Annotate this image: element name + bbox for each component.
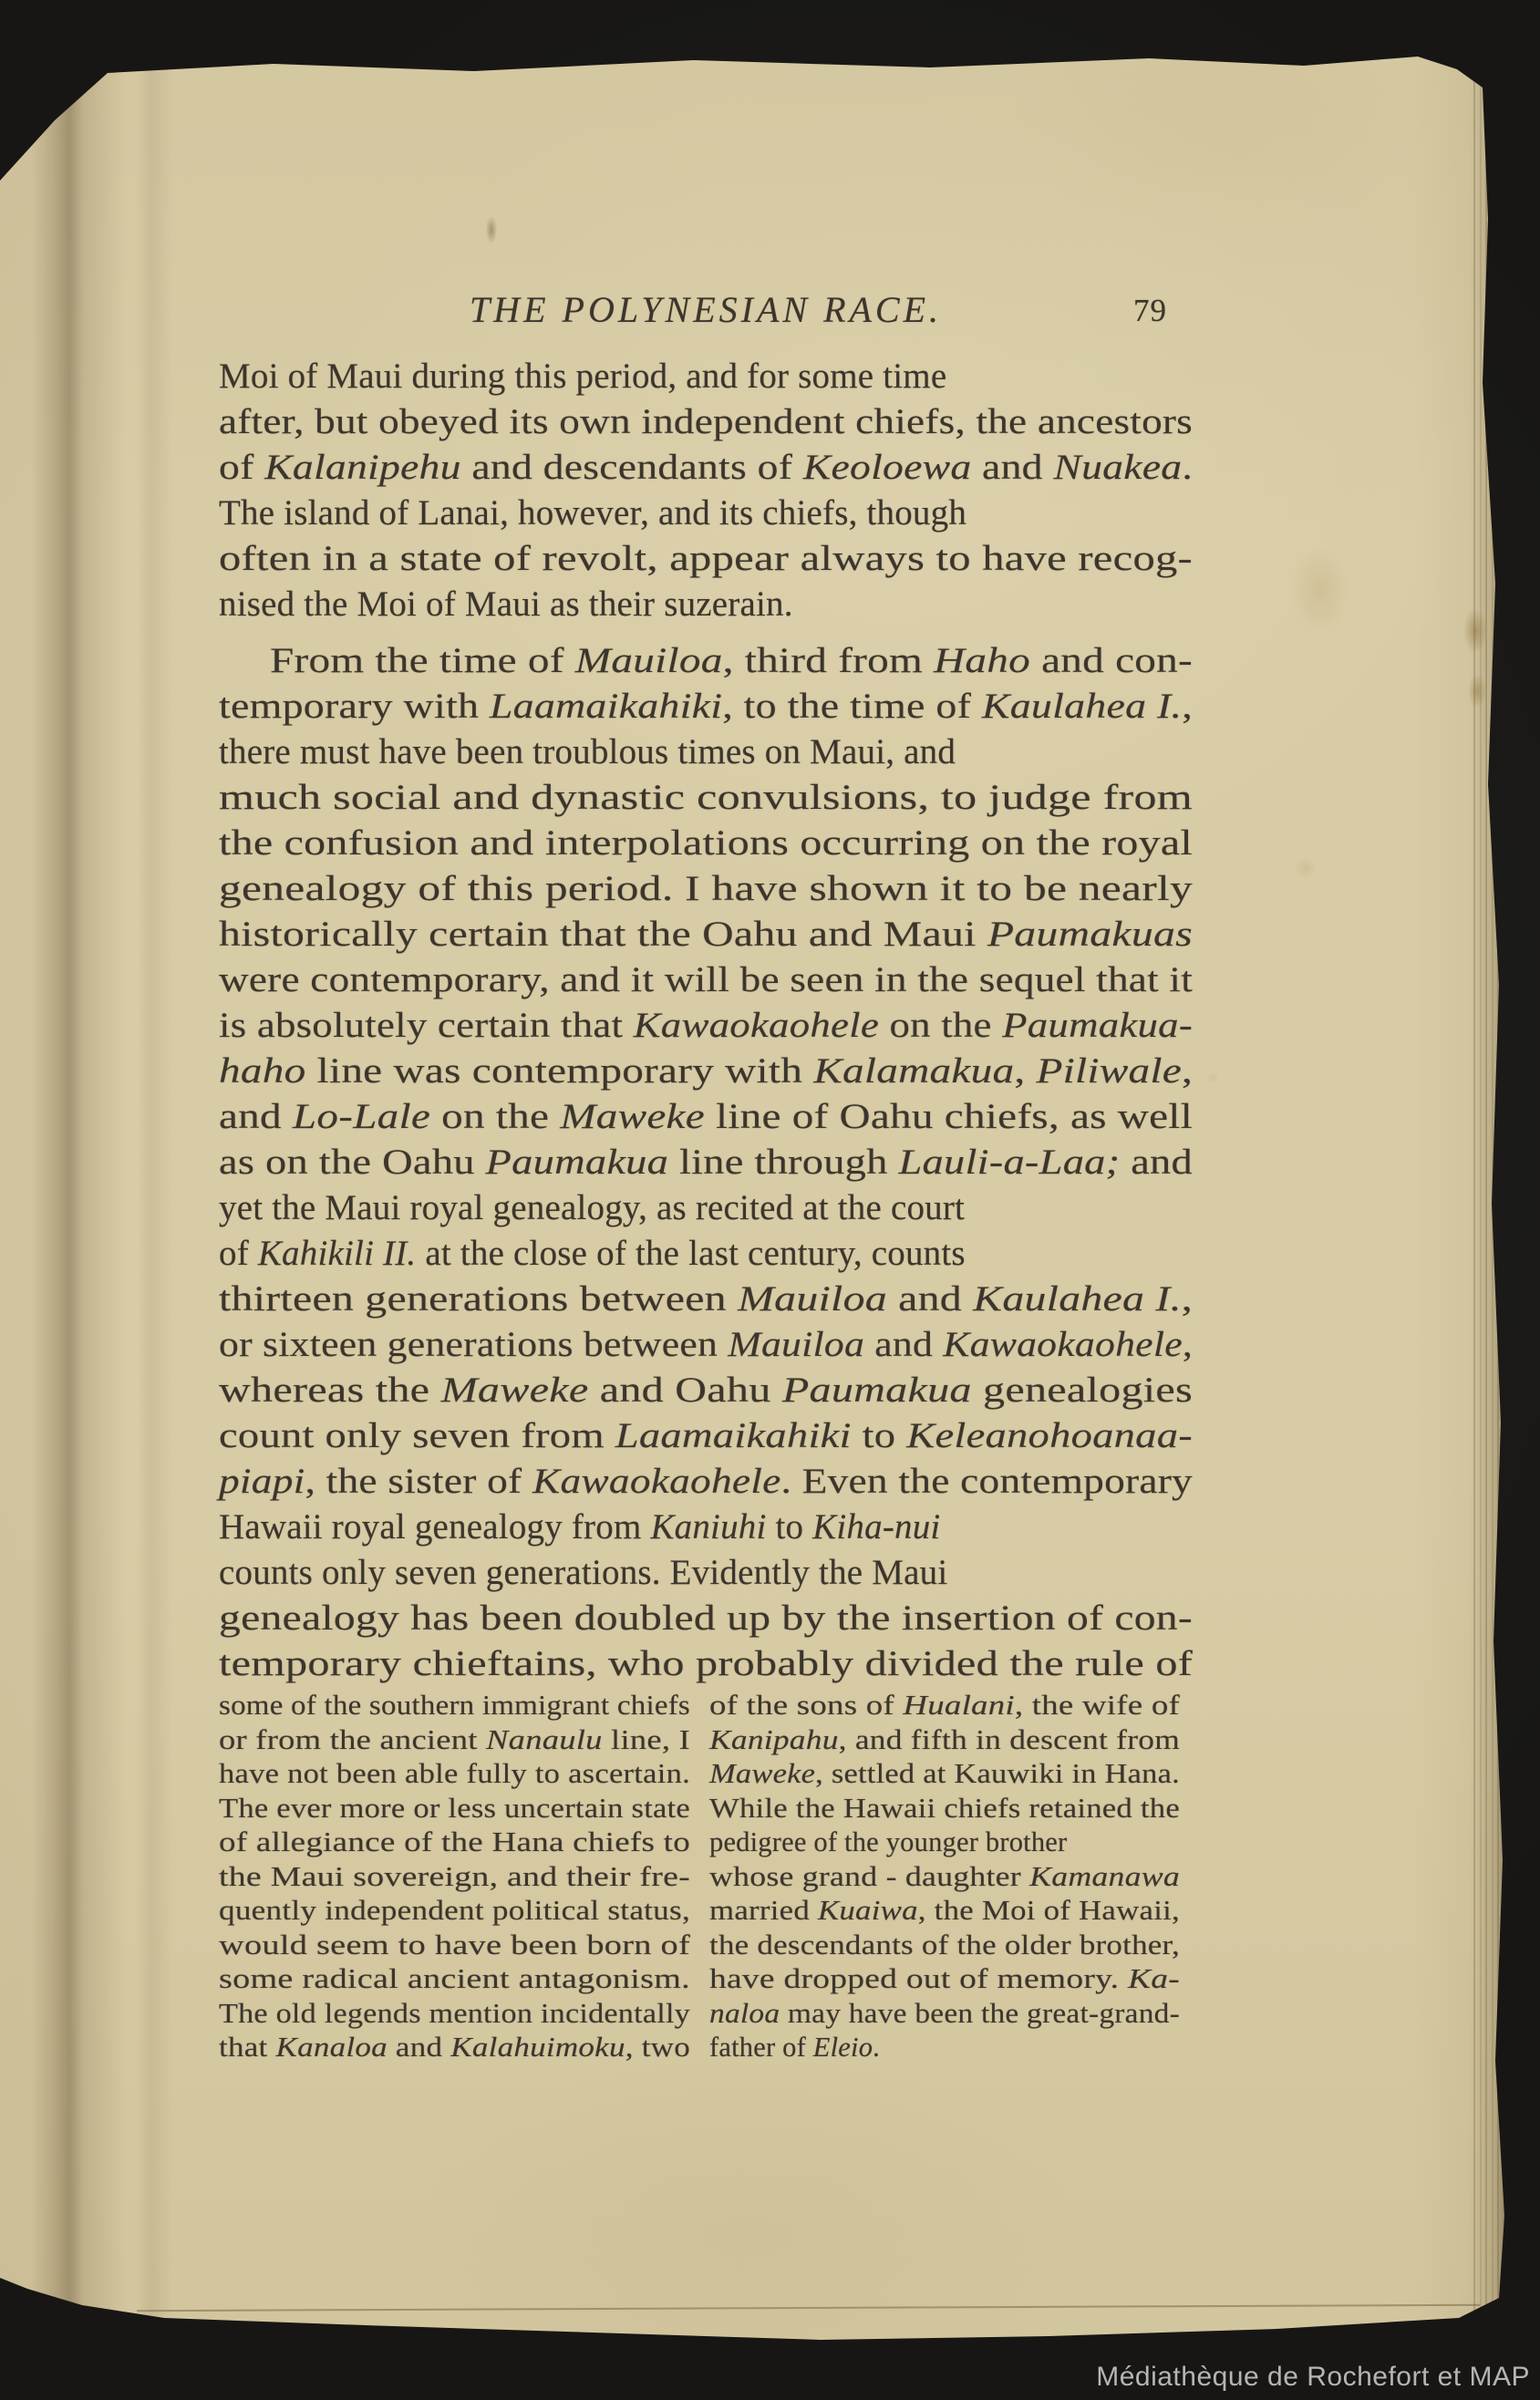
text-line: quently independent political status, xyxy=(219,1894,690,1929)
text-line: whereas the Maweke and Oahu Paumakua gen… xyxy=(219,1368,1193,1413)
text-line: that Kanaloa and Kalahuimoku, two xyxy=(219,2031,690,2065)
text-line: naloa may have been the great-grand- xyxy=(709,1997,1180,2032)
text-line: whose grand - daughter Kamanawa xyxy=(709,1860,1180,1895)
text-line: The ever more or less uncertain state xyxy=(219,1792,690,1826)
text-line: of Kahikili II. at the close of the last… xyxy=(219,1231,1193,1277)
text-line: thirteen generations between Mauiloa and… xyxy=(219,1277,1193,1322)
text-line: counts only seven generations. Evidently… xyxy=(219,1550,1193,1596)
paragraph-1: Moi of Maui during this period, and for … xyxy=(219,354,1193,627)
gutter-shadow xyxy=(0,0,201,2400)
text-line: as on the Oahu Paumakua line through Lau… xyxy=(219,1140,1193,1185)
bottom-page-edge-line xyxy=(137,2304,1480,2312)
footnote-left-column: some of the southern immigrant chiefsor … xyxy=(219,1689,690,2065)
text-line: of allegiance of the Hana chiefs to xyxy=(219,1826,690,1860)
text-line: often in a state of revolt, appear alway… xyxy=(219,536,1193,582)
running-title: THE POLYNESIAN RACE. xyxy=(219,288,1193,331)
page-edge-stack xyxy=(1470,69,1506,2329)
text-line: The island of Lanai, however, and its ch… xyxy=(219,491,1193,536)
text-line: genealogy has been doubled up by the ins… xyxy=(219,1596,1193,1641)
text-line: much social and dynastic convulsions, to… xyxy=(219,775,1193,821)
text-line: of Kalanipehu and descendants of Keoloew… xyxy=(219,445,1193,491)
text-line: the Maui sovereign, and their fre- xyxy=(219,1860,690,1895)
footnotes: some of the southern immigrant chiefsor … xyxy=(219,1689,1193,2065)
text-line: have dropped out of memory. Ka- xyxy=(709,1962,1180,1997)
text-line: pedigree of the younger brother xyxy=(709,1826,1180,1860)
text-line: married Kuaiwa, the Moi of Hawaii, xyxy=(709,1894,1180,1929)
footnote-right-column: of the sons of Hualani, the wife ofKanip… xyxy=(709,1689,1180,2065)
text-line: genealogy of this period. I have shown i… xyxy=(219,866,1193,912)
scanned-book-photo: THE POLYNESIAN RACE. 79 Moi of Maui duri… xyxy=(0,0,1540,2400)
book-page: THE POLYNESIAN RACE. 79 Moi of Maui duri… xyxy=(0,0,1540,2400)
text-line: count only seven from Laamaikahiki to Ke… xyxy=(219,1413,1193,1459)
text-line: some radical ancient antagonism. xyxy=(219,1962,690,1997)
text-line: some of the southern immigrant chiefs xyxy=(219,1689,690,1723)
paragraph-2: From the time of Mauiloa, third from Hah… xyxy=(219,638,1193,1687)
text-line: temporary with Laamaikahiki, to the time… xyxy=(219,684,1193,729)
text-block: THE POLYNESIAN RACE. 79 Moi of Maui duri… xyxy=(219,288,1193,2065)
text-line: yet the Maui royal genealogy, as recited… xyxy=(219,1185,1193,1231)
text-line: were contemporary, and it will be seen i… xyxy=(219,957,1193,1003)
text-line: or from the ancient Nanaulu line, I xyxy=(219,1723,690,1758)
text-line: While the Hawaii chiefs retained the xyxy=(709,1792,1180,1826)
text-line: Hawaii royal genealogy from Kaniuhi to K… xyxy=(219,1505,1193,1550)
text-line: haho line was contemporary with Kalamaku… xyxy=(219,1049,1193,1094)
text-line: The old legends mention incidentally xyxy=(219,1997,690,2032)
text-line: Maweke, settled at Kauwiki in Hana. xyxy=(709,1757,1180,1792)
text-line: there must have been troublous times on … xyxy=(219,729,1193,775)
text-line: From the time of Mauiloa, third from Hah… xyxy=(219,638,1193,684)
text-line: historically certain that the Oahu and M… xyxy=(219,912,1193,957)
text-line: would seem to have been born of xyxy=(219,1929,690,1963)
text-line: piapi, the sister of Kawaokaohele. Even … xyxy=(219,1459,1193,1505)
text-line: or sixteen generations between Mauiloa a… xyxy=(219,1322,1193,1368)
text-line: is absolutely certain that Kawaokaohele … xyxy=(219,1003,1193,1049)
watermark-text: Médiathèque de Rochefort et MAP xyxy=(1096,2362,1530,2393)
text-line: Kanipahu, and fifth in descent from xyxy=(709,1723,1180,1758)
text-line: the confusion and interpolations occurri… xyxy=(219,821,1193,866)
text-line: father of Eleio. xyxy=(709,2031,1180,2065)
text-line: after, but obeyed its own independent ch… xyxy=(219,399,1193,445)
text-line: of the sons of Hualani, the wife of xyxy=(709,1689,1180,1723)
text-line: the descendants of the older brother, xyxy=(709,1929,1180,1963)
text-line: temporary chieftains, who probably divid… xyxy=(219,1641,1193,1687)
text-line: Moi of Maui during this period, and for … xyxy=(219,354,1193,399)
page-header: THE POLYNESIAN RACE. 79 xyxy=(219,288,1193,332)
page-number: 79 xyxy=(1133,293,1167,329)
text-line: have not been able fully to ascertain. xyxy=(219,1757,690,1792)
text-line: nised the Moi of Maui as their suzerain. xyxy=(219,582,1193,627)
text-line: and Lo-Lale on the Maweke line of Oahu c… xyxy=(219,1094,1193,1140)
